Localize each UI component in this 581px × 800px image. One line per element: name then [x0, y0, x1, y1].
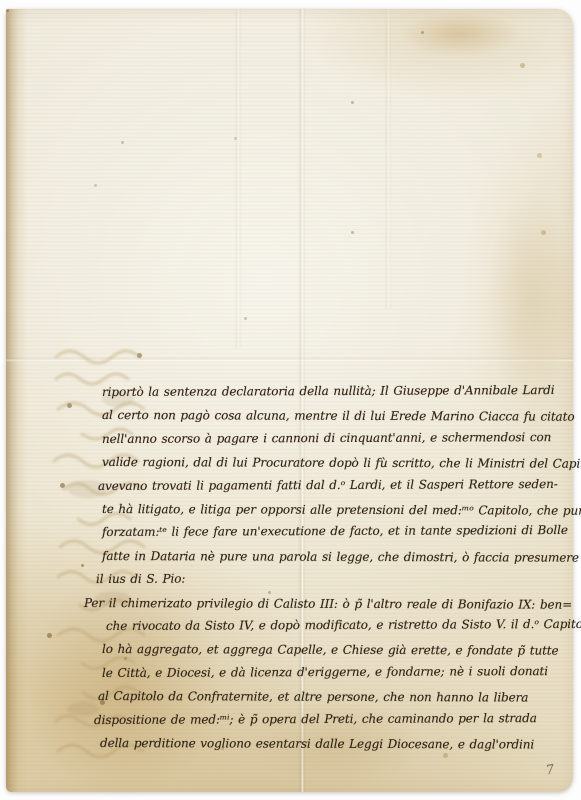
manuscript-line: il ius di S. Pio: [96, 566, 581, 592]
vertical-wrinkle [384, 9, 392, 309]
scanned-page-background: riportò la sentenza declaratoria della n… [0, 0, 581, 800]
manuscript-line: dispositione de med:ᵐⁱ; è p̃ opera del P… [94, 707, 581, 733]
vertical-wrinkle [234, 9, 242, 349]
foxing-specks [6, 9, 9, 12]
manuscript-line: che rivocato da Sisto IV, e dopò modific… [106, 613, 581, 639]
manuscript-line: nell'anno scorso à pagare i cannoni di c… [102, 426, 581, 452]
stain-blotch [486, 189, 576, 409]
manuscript-line: riportò la sentenza declaratoria della n… [102, 379, 581, 405]
manuscript-line: avevano trovati li pagamenti fatti dal d… [98, 472, 581, 498]
manuscript-line: della perditione vogliono esentarsi dall… [100, 732, 581, 757]
page-number: 7 [545, 762, 555, 778]
manuscript-text: riportò la sentenza declaratoria della n… [6, 381, 581, 756]
manuscript-line: le Città, e Diocesi, e dà licenza d'erig… [102, 660, 581, 686]
paper-sheet: riportò la sentenza declaratoria della n… [6, 9, 573, 792]
stain-blotch [401, 11, 521, 57]
manuscript-line: forzatam:ᵗᵉ li fece fare un'executione d… [102, 519, 581, 545]
